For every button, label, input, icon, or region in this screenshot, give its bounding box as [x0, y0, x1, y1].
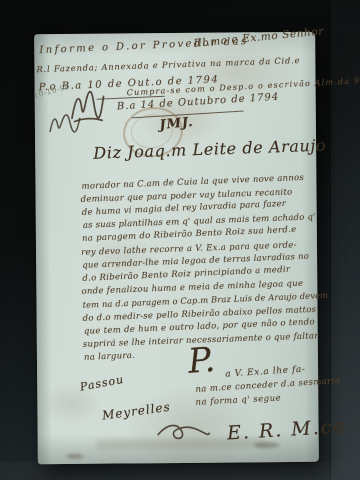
closure-line-1: a V. Ex.a lhe fa- — [225, 366, 306, 380]
petition-heading: Ill.mo e Ex.mo Senhor — [193, 26, 324, 49]
closure-line-3: na forma q' segue — [195, 394, 281, 407]
closure-initial-p: P. — [187, 343, 216, 379]
mat-board-bottom — [0, 462, 360, 480]
signature-meyrelles: Meyrelles — [101, 401, 171, 422]
ink-smudge — [66, 454, 84, 459]
rubric-flourish-small-icon — [48, 112, 82, 138]
closure-line-2: na m.ce conceder d.a sesmaria — [195, 377, 340, 394]
despacho-line-2: R.l Fazenda; Annexada e Privativa na mar… — [36, 56, 300, 74]
petition-body-line: na largura. — [84, 352, 135, 363]
signature-passou: Passou — [79, 374, 125, 393]
mat-board-edge — [330, 0, 360, 480]
manuscript-paper: Informe o D.or Provedor das Ill.mo e Ex.… — [34, 32, 319, 464]
monogram-jmj: JMJ. — [159, 116, 194, 132]
ink-smudge — [254, 442, 280, 448]
verso-show-through — [96, 438, 266, 449]
